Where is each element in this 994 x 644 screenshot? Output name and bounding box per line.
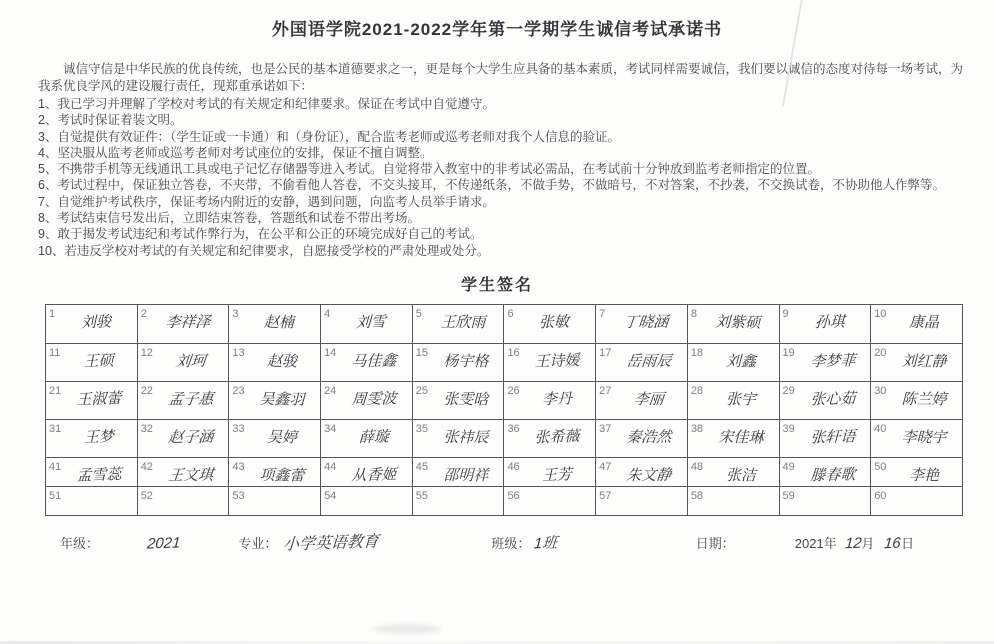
signature-handwriting: 刘红静 <box>871 350 962 372</box>
cell-number: 57 <box>599 490 611 502</box>
signature-handwriting: 孟雪蕊 <box>46 462 137 486</box>
signature-handwriting: 项鑫蕾 <box>229 463 320 486</box>
signature-cell: 18刘鑫 <box>687 343 779 381</box>
signature-cell: 56 <box>504 486 596 515</box>
date-year-suffix: 年 <box>824 533 837 552</box>
signature-handwriting: 王梦 <box>46 424 137 448</box>
signature-cell: 60 <box>871 486 963 515</box>
signature-handwriting: 刘雪 <box>321 310 413 333</box>
rule-item-9: 9、敢于揭发考试违纪和考试作弊行为，在公平和公正的环境完成好自己的考试。 <box>38 226 964 242</box>
cell-number: 51 <box>49 490 61 502</box>
signature-cell: 1刘骏 <box>46 304 138 343</box>
cell-number: 60 <box>874 490 886 502</box>
document-page: 外国语学院2021-2022学年第一学期学生诚信考试承诺书 诚信守信是中华民族的… <box>0 0 994 644</box>
signature-cell: 21王淑蕾 <box>46 381 138 419</box>
signature-handwriting: 丁晓涵 <box>595 311 688 333</box>
signature-cell: 22孟子惠 <box>137 381 229 419</box>
signature-handwriting: 康晶 <box>871 311 962 333</box>
rule-item-3: 3、自觉提供有效证件：（学生证或一卡通）和（身份证），配合监考老师或巡考老师对我… <box>38 129 964 145</box>
signature-handwriting: 吴婷 <box>229 425 320 448</box>
signature-cell: 4刘雪 <box>321 304 413 343</box>
signature-cell: 24周雯波 <box>321 381 413 419</box>
signature-handwriting: 李艳 <box>871 464 962 486</box>
signature-section-title: 学生签名 <box>0 272 994 295</box>
intro-paragraph: 诚信守信是中华民族的优良传统，也是公民的基本道德要求之一，更是每个大学生应具备的… <box>38 61 964 94</box>
signature-cell: 31王梦 <box>46 419 138 457</box>
signature-cell: 53 <box>229 486 321 515</box>
signature-handwriting: 李梦菲 <box>779 349 871 372</box>
date-year: 2021 <box>795 536 824 551</box>
signature-handwriting: 张心茹 <box>779 387 871 410</box>
signature-cell: 13赵骏 <box>229 343 321 381</box>
grade-label: 年级： <box>60 533 99 552</box>
signature-cell: 32赵子涵 <box>137 419 229 457</box>
rules-list: 1、我已学习并理解了学校对考试的有关规定和纪律要求。保证在考试中自觉遵守。 2、… <box>38 96 964 259</box>
signature-cell: 57 <box>596 486 688 515</box>
scan-artifact-smudge <box>372 624 442 634</box>
signature-handwriting: 赵楠 <box>229 310 320 333</box>
signature-handwriting: 滕春歌 <box>779 463 871 486</box>
signature-cell: 51 <box>46 486 138 515</box>
signature-handwriting: 张祎辰 <box>413 426 504 448</box>
signature-table-body: 1刘骏2李祥泽3赵楠4刘雪5王欣雨6张敏7丁晓涵8刘紫硕9孙琪10康晶11王硕1… <box>46 304 963 515</box>
signature-cell: 35张祎辰 <box>412 419 504 457</box>
signature-cell: 7丁晓涵 <box>596 304 688 343</box>
signature-row: 31王梦32赵子涵33吴婷34薛璇35张祎辰36张希薇37秦浩然38宋佳琳39张… <box>46 419 963 457</box>
signature-cell: 25张雯晗 <box>412 381 504 419</box>
signature-handwriting: 周雯波 <box>321 387 413 410</box>
signature-cell: 20刘红静 <box>871 343 963 381</box>
cell-number: 52 <box>141 490 153 502</box>
date-day-handwriting: 16 <box>884 535 902 553</box>
signature-cell: 48张洁 <box>687 457 779 486</box>
signature-cell: 29张心茹 <box>779 381 871 419</box>
signature-cell: 58 <box>687 486 779 515</box>
class-label: 班级： <box>491 533 530 552</box>
signature-handwriting: 刘紫硕 <box>688 310 779 333</box>
signature-cell: 42王文琪 <box>137 457 229 486</box>
date-label: 日期： <box>696 533 735 552</box>
signature-handwriting: 马佳鑫 <box>321 349 413 372</box>
signature-handwriting: 刘珂 <box>137 350 230 372</box>
signature-handwriting: 孙琪 <box>779 310 871 333</box>
document-title: 外国语学院2021-2022学年第一学期学生诚信考试承诺书 <box>0 0 994 40</box>
signature-handwriting: 秦浩然 <box>595 426 688 448</box>
signature-cell: 28张宇 <box>687 381 779 419</box>
signature-handwriting: 陈兰婷 <box>871 388 962 410</box>
signature-handwriting: 王硕 <box>46 348 137 372</box>
signature-row: 11王硕12刘珂13赵骏14马佳鑫15杨宇格16王诗媛17岳雨辰18刘鑫19李梦… <box>46 343 963 381</box>
signature-cell: 49滕春歌 <box>779 457 871 486</box>
signature-handwriting: 杨宇格 <box>413 350 504 372</box>
signature-handwriting: 王欣雨 <box>413 311 504 333</box>
signature-handwriting: 刘鑫 <box>688 349 779 372</box>
rule-item-4: 4、坚决服从监考老师或巡考老师对考试座位的安排，保证不擅自调整。 <box>38 145 964 161</box>
signature-cell: 23吴鑫羽 <box>229 381 321 419</box>
signature-handwriting: 张洁 <box>688 463 779 486</box>
signature-cell: 55 <box>412 486 504 515</box>
signature-handwriting: 张希薇 <box>504 424 595 448</box>
signature-cell: 34薛璇 <box>321 419 413 457</box>
signature-cell: 47朱文静 <box>596 457 688 486</box>
footer-fields: 年级： 2021 专业： 小学英语教育 班级： 1班 日期： 2021 年 12… <box>60 530 994 553</box>
signature-cell: 11王硕 <box>46 343 138 381</box>
cell-number: 54 <box>324 490 336 502</box>
signature-handwriting: 李丹 <box>504 386 595 410</box>
signature-handwriting: 李祥泽 <box>137 311 230 333</box>
signature-cell: 59 <box>779 486 871 515</box>
signature-handwriting: 王淑蕾 <box>46 386 137 410</box>
signature-handwriting: 王芳 <box>504 462 595 486</box>
cell-number: 58 <box>691 490 703 502</box>
signature-cell: 12刘珂 <box>137 343 229 381</box>
signature-cell: 17岳雨辰 <box>596 343 688 381</box>
rule-item-1: 1、我已学习并理解了学校对考试的有关规定和纪律要求。保证在考试中自觉遵守。 <box>38 96 964 112</box>
signature-handwriting: 赵子涵 <box>137 426 230 448</box>
rule-item-8: 8、考试结束信号发出后，立即结束答卷，答题纸和试卷不带出考场。 <box>38 210 964 226</box>
signature-handwriting: 薛璇 <box>321 425 413 448</box>
signature-cell: 54 <box>321 486 413 515</box>
major-value-handwriting: 小学英语教育 <box>283 528 381 554</box>
rule-item-10: 10、若违反学校对考试的有关规定和纪律要求，自愿接受学校的严肃处理或处分。 <box>38 243 964 259</box>
signature-handwriting: 张轩语 <box>779 425 871 448</box>
rule-item-6: 6、考试过程中，保证独立答卷，不夹带，不偷看他人答卷，不交头接耳，不传递纸条，不… <box>38 177 964 193</box>
signature-cell: 15杨宇格 <box>412 343 504 381</box>
signature-cell: 30陈兰婷 <box>871 381 963 419</box>
date-month-handwriting: 12 <box>844 535 862 553</box>
signature-handwriting: 张雯晗 <box>413 388 504 410</box>
signature-handwriting: 李丽 <box>595 388 688 410</box>
signature-handwriting: 岳雨辰 <box>595 350 688 372</box>
cell-number: 56 <box>507 490 519 502</box>
signature-cell: 39张轩语 <box>779 419 871 457</box>
signature-handwriting: 从香姬 <box>321 463 413 486</box>
signature-cell: 14马佳鑫 <box>321 343 413 381</box>
signature-cell: 9孙琪 <box>779 304 871 343</box>
grade-value-handwriting: 2021 <box>146 534 181 552</box>
signature-cell: 44从香姬 <box>321 457 413 486</box>
signature-cell: 16王诗媛 <box>504 343 596 381</box>
signature-handwriting: 宋佳琳 <box>688 425 779 448</box>
signature-cell: 33吴婷 <box>229 419 321 457</box>
signature-cell: 10康晶 <box>871 304 963 343</box>
signature-cell: 36张希薇 <box>504 419 596 457</box>
signature-cell: 3赵楠 <box>229 304 321 343</box>
signature-handwriting: 李晓宇 <box>871 426 962 448</box>
rule-item-2: 2、考试时保证着装文明。 <box>38 112 964 128</box>
class-value-handwriting: 1班 <box>534 532 559 554</box>
signature-row: 41孟雪蕊42王文琪43项鑫蕾44从香姬45邵明祥46王芳47朱文静48张洁49… <box>46 457 963 486</box>
signature-handwriting: 刘骏 <box>46 309 137 333</box>
cell-number: 55 <box>416 490 428 502</box>
signature-row: 1刘骏2李祥泽3赵楠4刘雪5王欣雨6张敏7丁晓涵8刘紫硕9孙琪10康晶 <box>46 304 963 343</box>
rule-item-5: 5、不携带手机等无线通讯工具或电子记忆存储器等进入考试。自觉将带入教室中的非考试… <box>38 161 964 177</box>
cell-number: 59 <box>783 490 795 502</box>
signature-cell: 46王芳 <box>504 457 596 486</box>
signature-cell: 19李梦菲 <box>779 343 871 381</box>
signature-handwriting: 吴鑫羽 <box>229 387 320 410</box>
signature-cell: 26李丹 <box>504 381 596 419</box>
signature-handwriting: 朱文静 <box>595 464 688 486</box>
signature-cell: 5王欣雨 <box>412 304 504 343</box>
cell-number: 53 <box>232 490 244 502</box>
signature-cell: 43项鑫蕾 <box>229 457 321 486</box>
signature-cell: 52 <box>137 486 229 515</box>
signature-table: 1刘骏2李祥泽3赵楠4刘雪5王欣雨6张敏7丁晓涵8刘紫硕9孙琪10康晶11王硕1… <box>45 304 963 516</box>
signature-cell: 40李晓宇 <box>871 419 963 457</box>
signature-cell: 37秦浩然 <box>596 419 688 457</box>
signature-handwriting: 邵明祥 <box>413 464 504 486</box>
signature-cell: 41孟雪蕊 <box>46 457 138 486</box>
signature-handwriting: 王文琪 <box>137 464 230 486</box>
rule-item-7: 7、自觉维护考试秩序，保证考场内附近的安静，遇到问题，向监考人员举手请求。 <box>38 194 964 210</box>
signature-handwriting: 张敏 <box>504 309 595 333</box>
signature-cell: 38宋佳琳 <box>687 419 779 457</box>
signature-cell: 8刘紫硕 <box>687 304 779 343</box>
signature-cell: 6张敏 <box>504 304 596 343</box>
signature-row: 51525354555657585960 <box>46 486 963 515</box>
signature-row: 21王淑蕾22孟子惠23吴鑫羽24周雯波25张雯晗26李丹27李丽28张宇29张… <box>46 381 963 419</box>
signature-handwriting: 张宇 <box>688 387 779 410</box>
signature-handwriting: 孟子惠 <box>137 388 230 410</box>
signature-cell: 50李艳 <box>871 457 963 486</box>
major-label: 专业： <box>238 533 277 552</box>
signature-cell: 2李祥泽 <box>137 304 229 343</box>
signature-cell: 45邵明祥 <box>412 457 504 486</box>
signature-handwriting: 王诗媛 <box>504 348 595 372</box>
signature-cell: 27李丽 <box>596 381 688 419</box>
date-month-suffix: 月 <box>861 533 874 552</box>
date-day-suffix: 日 <box>901 533 914 552</box>
signature-handwriting: 赵骏 <box>229 349 320 372</box>
